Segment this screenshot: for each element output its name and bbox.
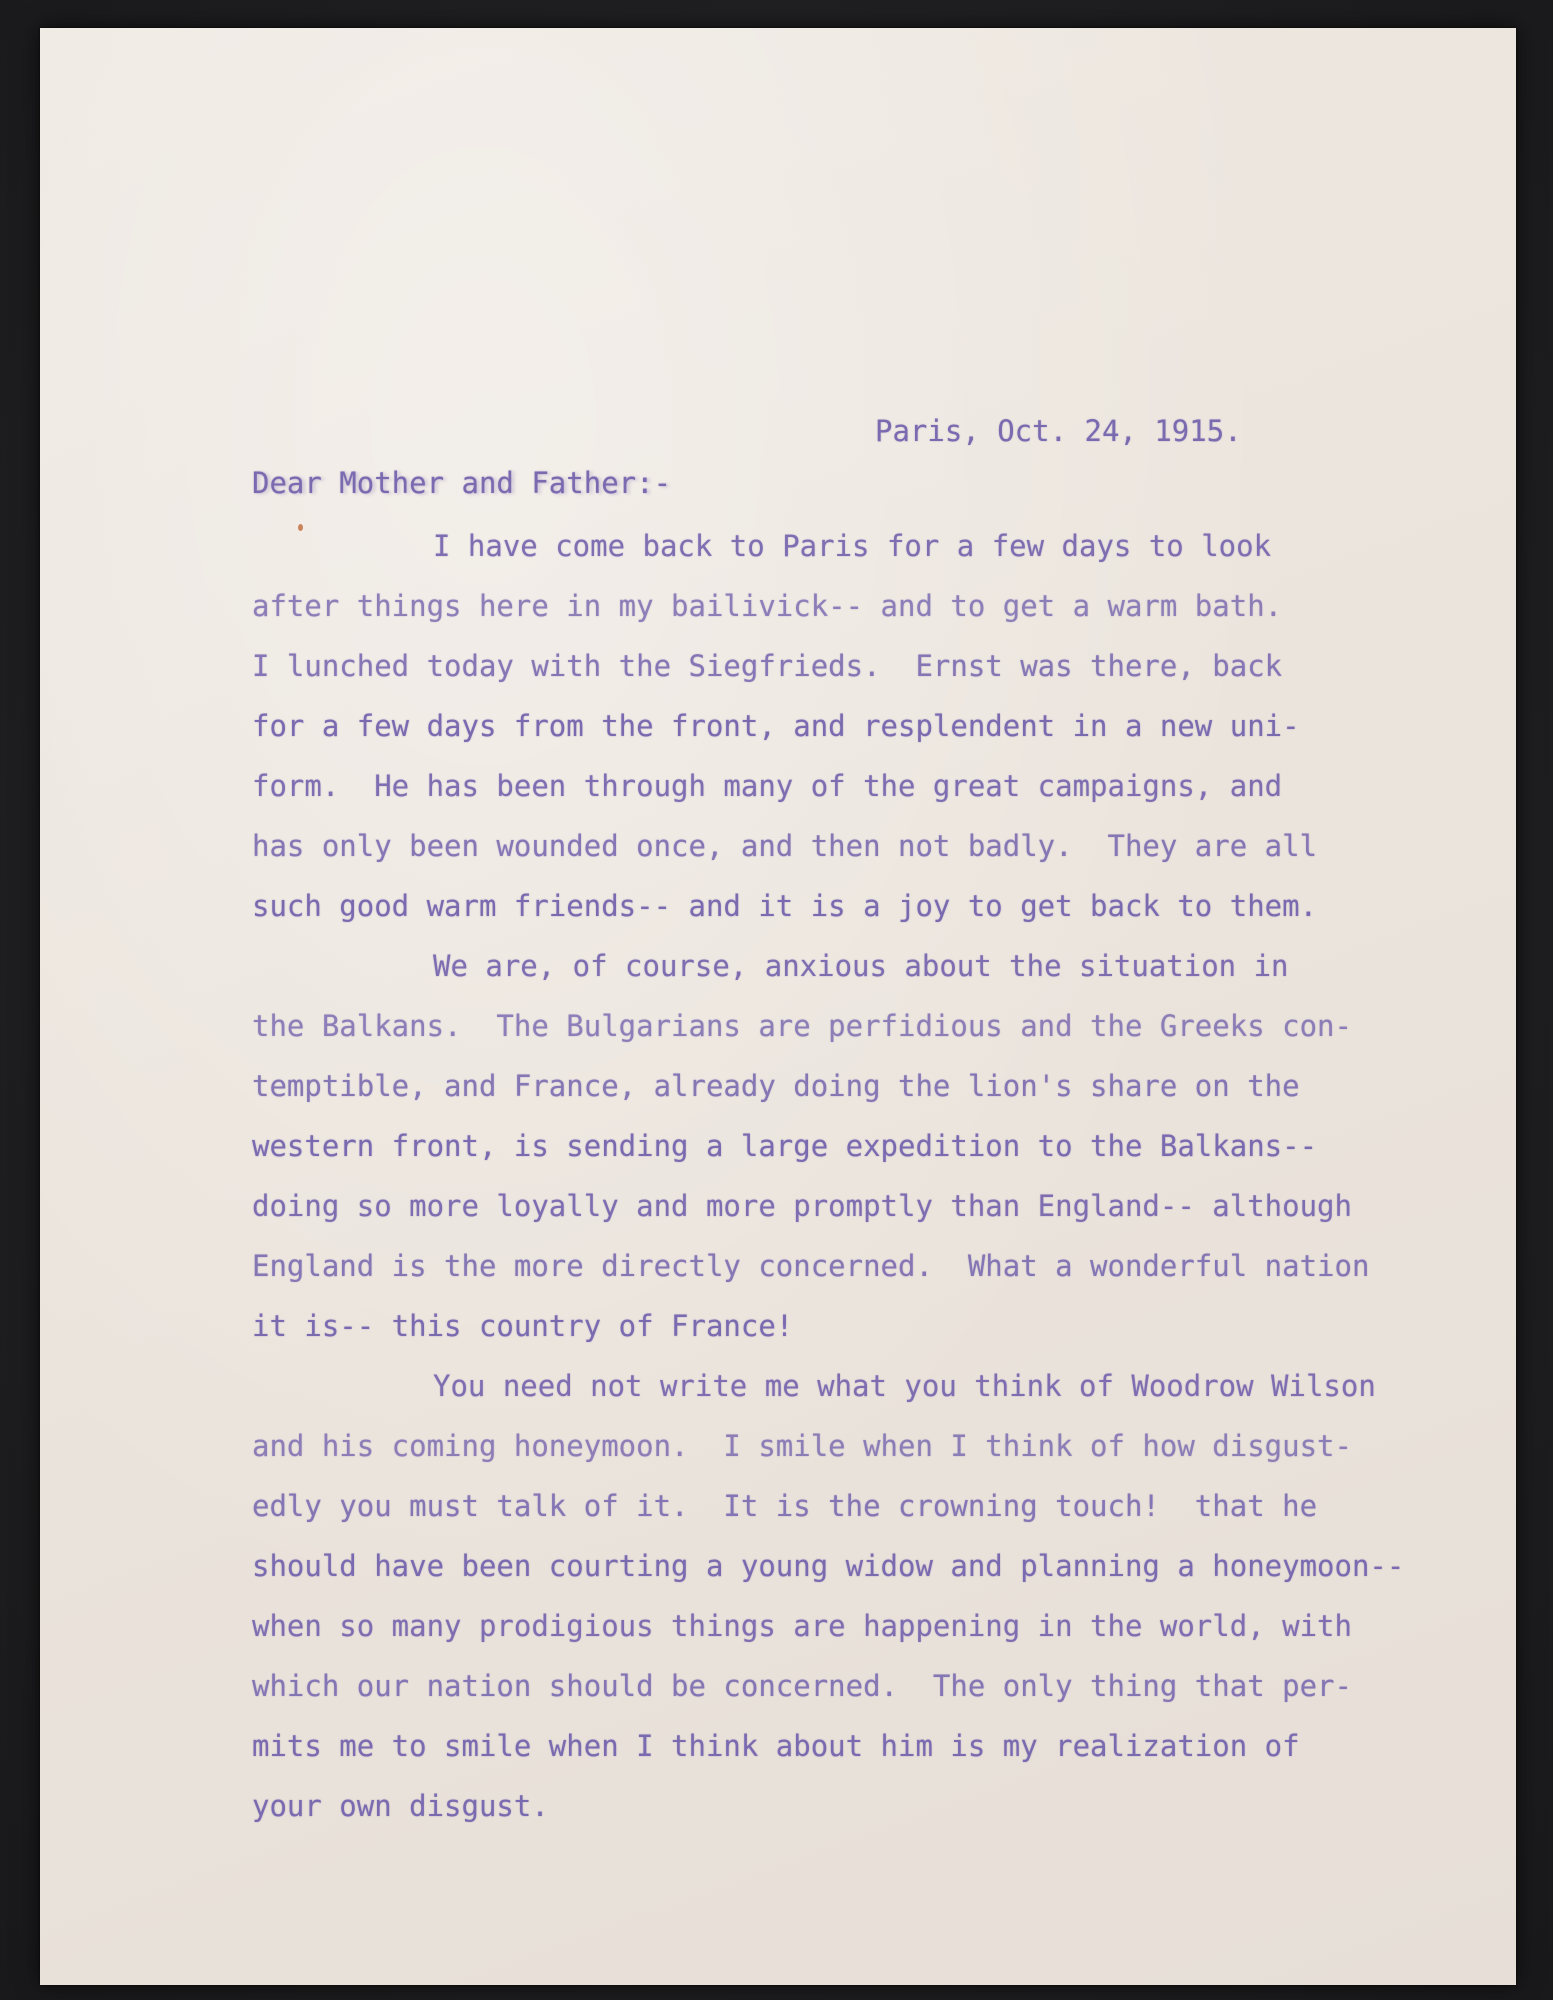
letter-body: I have come back to Paris for a few days… bbox=[252, 528, 1472, 1848]
letter-line: has only been wounded once, and then not… bbox=[252, 828, 1472, 888]
letter-line: and his coming honeymoon. I smile when I… bbox=[252, 1428, 1472, 1488]
letter-line: the Balkans. The Bulgarians are perfidio… bbox=[252, 1008, 1472, 1068]
letter-line: when so many prodigious things are happe… bbox=[252, 1608, 1472, 1668]
letter-line: western front, is sending a large expedi… bbox=[252, 1128, 1472, 1188]
letter-line: edly you must talk of it. It is the crow… bbox=[252, 1488, 1472, 1548]
letter-line: You need not write me what you think of … bbox=[252, 1368, 1472, 1428]
letter-line: which our nation should be concerned. Th… bbox=[252, 1668, 1472, 1728]
letter-line: We are, of course, anxious about the sit… bbox=[252, 948, 1472, 1008]
paragraph: We are, of course, anxious about the sit… bbox=[252, 948, 1472, 1368]
letter-line: temptible, and France, already doing the… bbox=[252, 1068, 1472, 1128]
letter-line: such good warm friends-- and it is a joy… bbox=[252, 888, 1472, 948]
scan-background: Paris, Oct. 24, 1915. Dear Mother and Fa… bbox=[0, 0, 1553, 2000]
letter-line: I lunched today with the Siegfrieds. Ern… bbox=[252, 648, 1472, 708]
letter-line: after things here in my bailivick-- and … bbox=[252, 588, 1472, 648]
letter-line: for a few days from the front, and respl… bbox=[252, 708, 1472, 768]
dateline: Paris, Oct. 24, 1915. bbox=[875, 413, 1242, 449]
paragraph: You need not write me what you think of … bbox=[252, 1368, 1472, 1848]
letter-line: should have been courting a young widow … bbox=[252, 1548, 1472, 1608]
letter-line: form. He has been through many of the gr… bbox=[252, 768, 1472, 828]
letter-line: it is-- this country of France! bbox=[252, 1308, 1472, 1368]
letter-line: doing so more loyally and more promptly … bbox=[252, 1188, 1472, 1248]
letter-line: your own disgust. bbox=[252, 1788, 1472, 1848]
paragraph: I have come back to Paris for a few days… bbox=[252, 528, 1472, 948]
letter-line: mits me to smile when I think about him … bbox=[252, 1728, 1472, 1788]
salutation: Dear Mother and Father:- bbox=[252, 465, 671, 501]
letter-line: I have come back to Paris for a few days… bbox=[252, 528, 1472, 588]
letter-line: England is the more directly concerned. … bbox=[252, 1248, 1472, 1308]
letter-paper: Paris, Oct. 24, 1915. Dear Mother and Fa… bbox=[40, 28, 1516, 1985]
